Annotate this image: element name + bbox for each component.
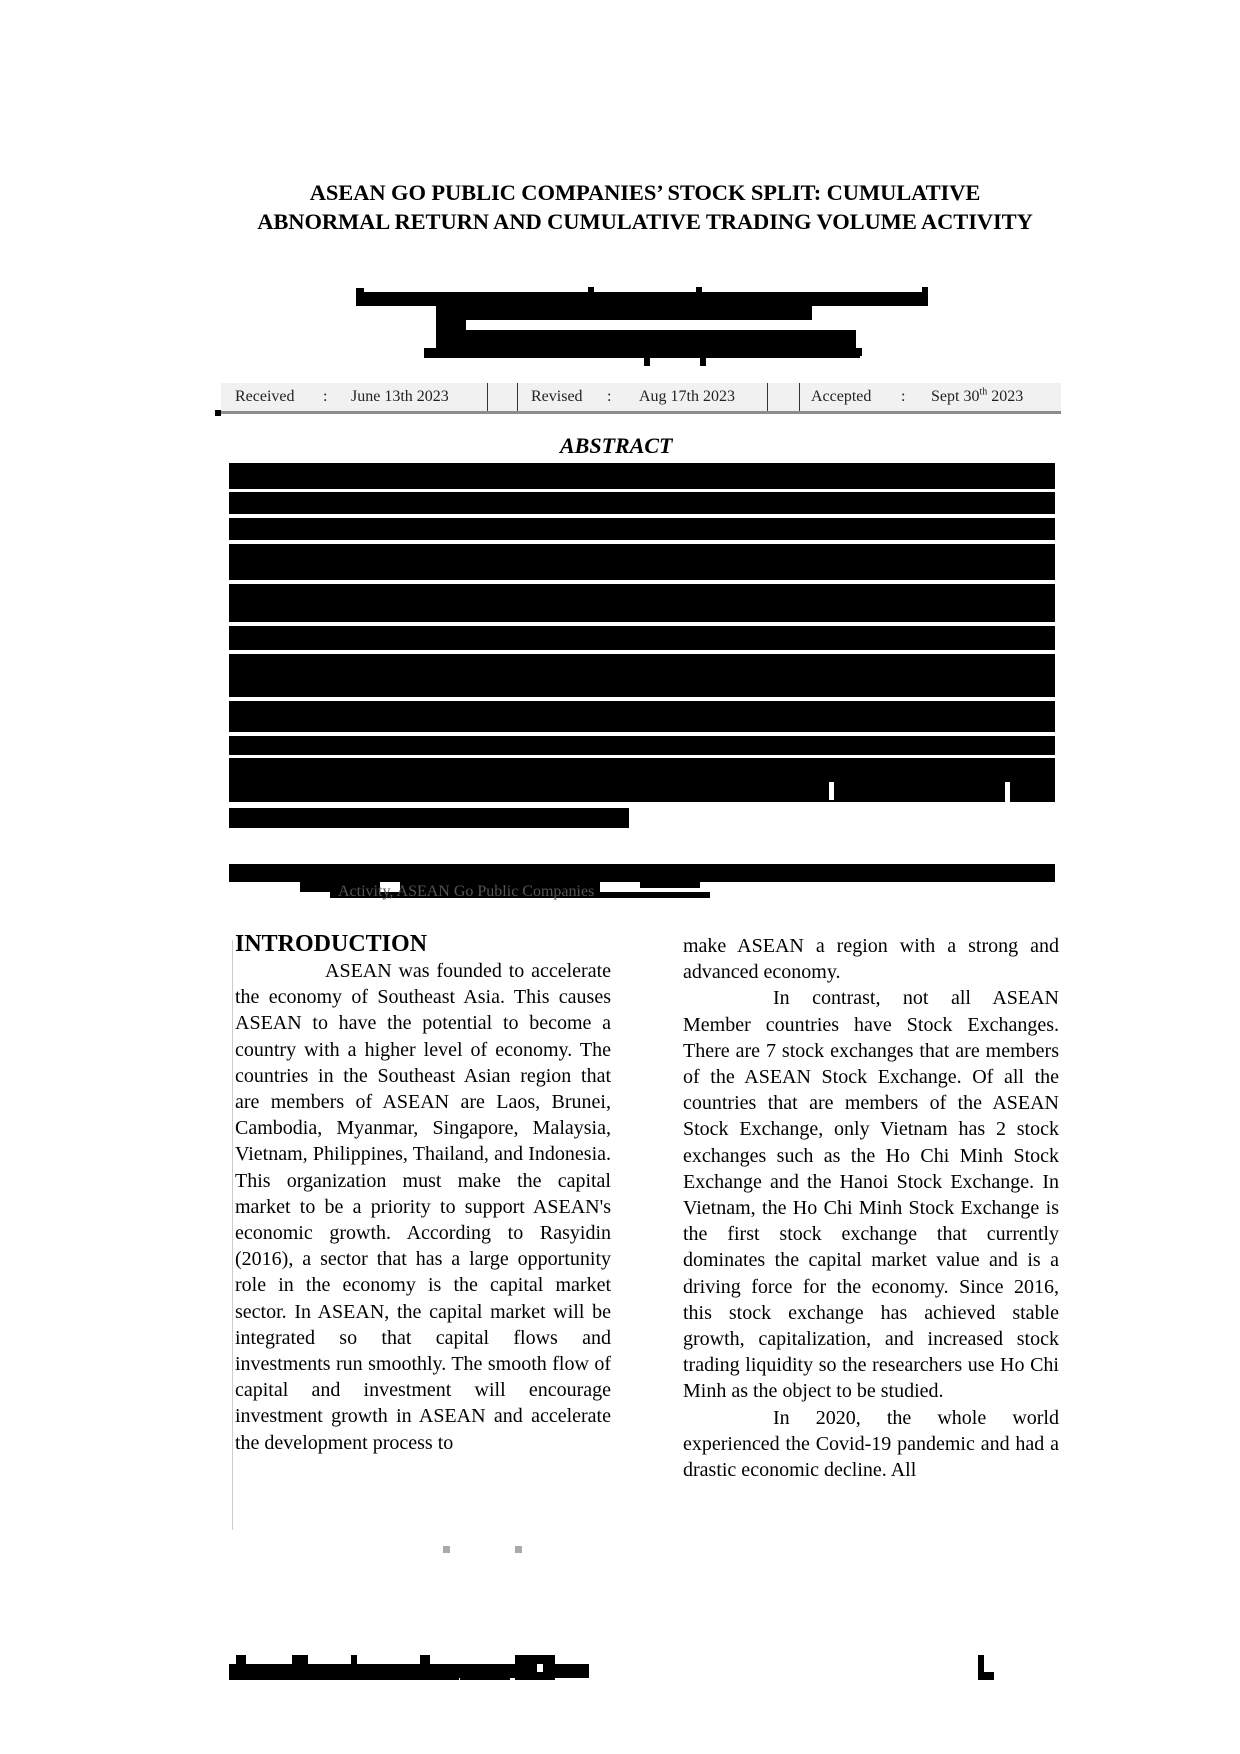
keywords-fragment: Activity, ASEAN Go Public Companies [338, 884, 708, 900]
accepted-colon: : [901, 383, 905, 411]
divider [517, 383, 518, 411]
accepted-label: Accepted [811, 383, 871, 411]
divider [767, 383, 768, 411]
received-colon: : [323, 383, 327, 411]
revised-date: Aug 17th 2023 [639, 383, 735, 411]
abstract-heading: ABSTRACT [560, 433, 672, 459]
divider [487, 383, 488, 411]
bar-marker [215, 410, 221, 416]
divider [799, 383, 800, 411]
revised-label: Revised [531, 383, 583, 411]
received-label: Received [235, 383, 295, 411]
paragraph: In 2020, the whole world experienced the… [683, 1405, 1059, 1484]
received-date: June 13th 2023 [351, 383, 449, 411]
introduction-left-column: INTRODUCTION ASEAN was founded to accele… [235, 930, 611, 1456]
submission-dates-bar: Received : June 13th 2023 Revised : Aug … [221, 383, 1061, 414]
introduction-right-column: make ASEAN a region with a strong and ad… [683, 933, 1059, 1483]
introduction-heading: INTRODUCTION [235, 930, 611, 958]
paper-title: ASEAN GO PUBLIC COMPANIES’ STOCK SPLIT: … [250, 178, 1040, 236]
accepted-date: Sept 30th 2023 [931, 383, 1023, 411]
paragraph: ASEAN was founded to accelerate the econ… [235, 958, 611, 1456]
paragraph: In contrast, not all ASEAN Member countr… [683, 985, 1059, 1404]
artifact-mark [443, 1546, 450, 1553]
revised-colon: : [607, 383, 611, 411]
paragraph: make ASEAN a region with a strong and ad… [683, 933, 1059, 985]
column-margin-line [232, 940, 233, 1530]
artifact-mark [515, 1546, 522, 1553]
